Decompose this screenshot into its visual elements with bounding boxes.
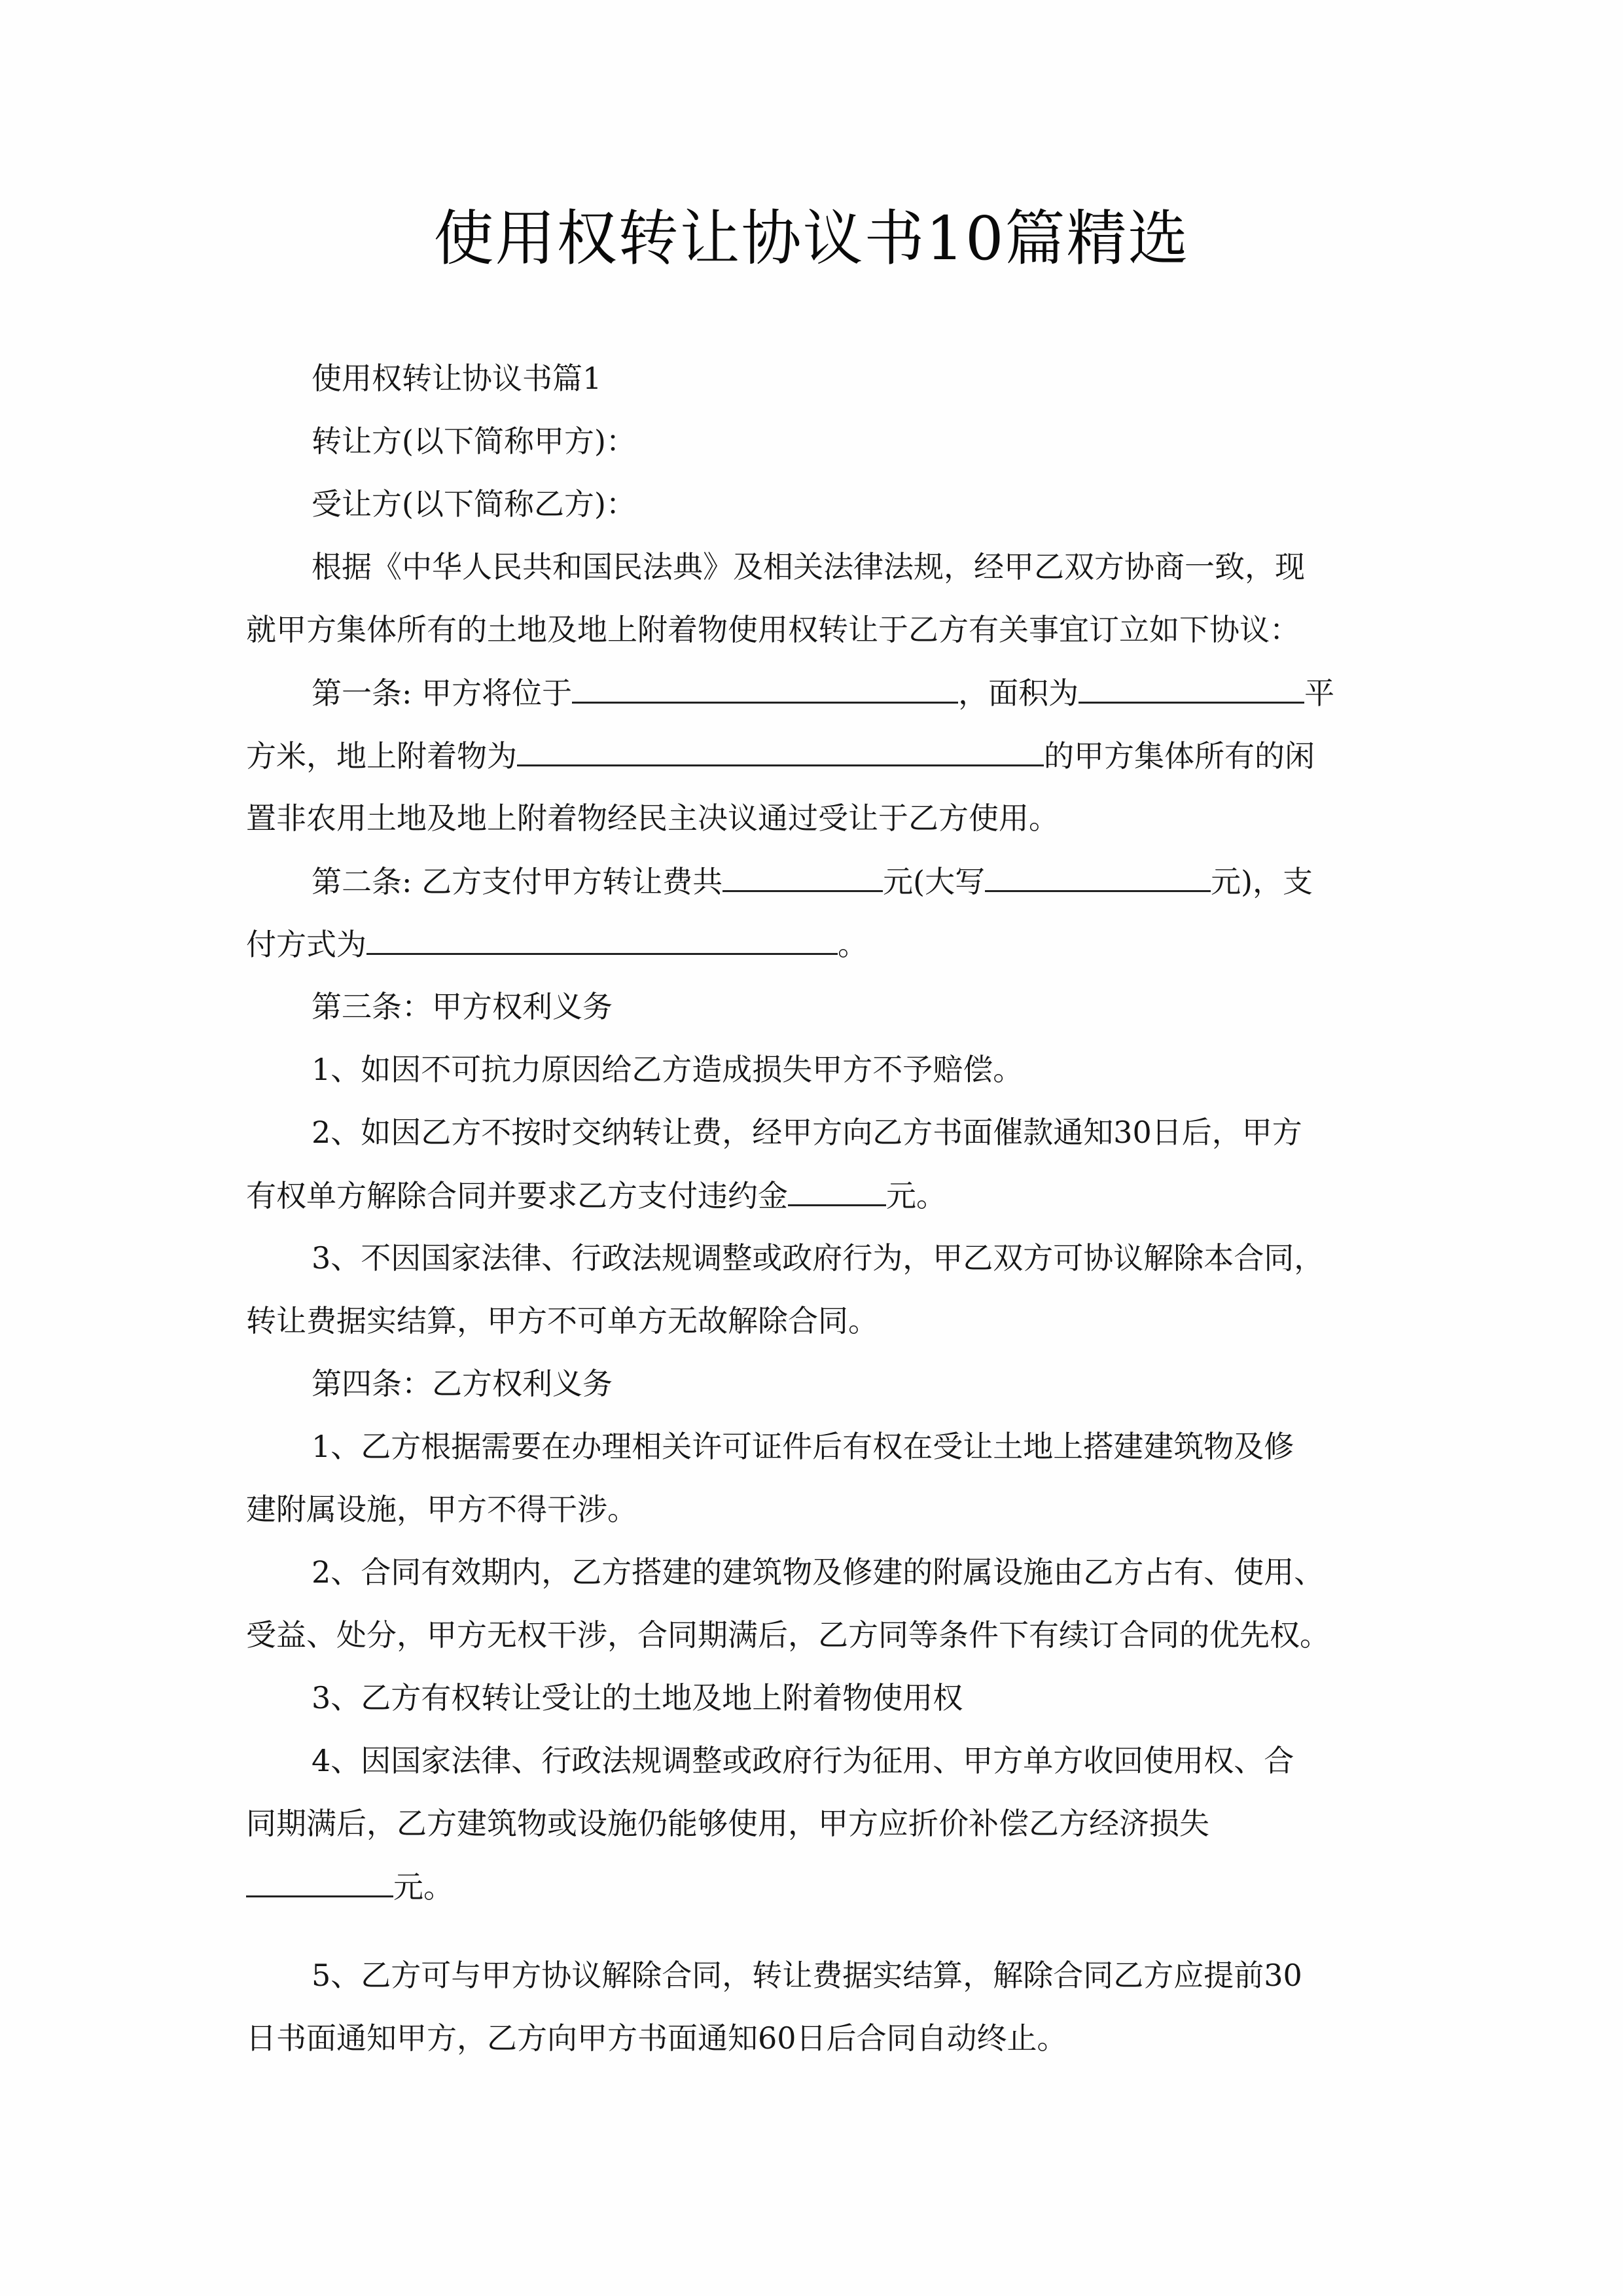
penalty-blank[interactable] bbox=[788, 1175, 886, 1206]
article3-item-2-line-1: 2、如因乙方不按时交纳转让费，经甲方向乙方书面催款通知30日后，甲方 bbox=[312, 1113, 1302, 1152]
article2-line2-suffix: 。 bbox=[838, 927, 868, 962]
article2-suffix: 元)，支 bbox=[1211, 864, 1313, 899]
location-blank[interactable] bbox=[572, 673, 958, 704]
article1-line2-prefix: 方米，地上附着物为 bbox=[246, 738, 517, 774]
article2-line2-prefix: 付方式为 bbox=[246, 927, 366, 962]
preamble-line-2: 就甲方集体所有的土地及地上附着物使用权转让于乙方有关事宜订立如下协议： bbox=[246, 610, 1300, 649]
preamble-line-1: 根据《中华人民共和国民法典》及相关法律法规，经甲乙双方协商一致，现 bbox=[312, 547, 1305, 586]
article2-mid: 元(大写 bbox=[883, 864, 985, 899]
article4-item4-suffix: 元。 bbox=[393, 1869, 454, 1905]
section-heading: 使用权转让协议书篇1 bbox=[312, 359, 601, 398]
article4-item-2-line-2: 受益、处分，甲方无权干涉，合同期满后，乙方同等条件下有续订合同的优先权。 bbox=[246, 1615, 1330, 1655]
article1-line-2: 方米，地上附着物为的甲方集体所有的闲 bbox=[246, 736, 1315, 776]
article1-line2-suffix: 的甲方集体所有的闲 bbox=[1044, 738, 1315, 774]
article3-item-2-line-2: 有权单方解除合同并要求乙方支付违约金元。 bbox=[246, 1175, 946, 1215]
article4-heading: 第四条：乙方权利义务 bbox=[312, 1364, 613, 1403]
article3-item2-suffix: 元。 bbox=[886, 1178, 946, 1213]
article1-line-1: 第一条: 甲方将位于，面积为平 bbox=[312, 673, 1334, 713]
transferor-line: 转让方(以下简称甲方)： bbox=[312, 422, 636, 461]
fee-uppercase-blank[interactable] bbox=[985, 861, 1211, 892]
fee-blank[interactable] bbox=[722, 861, 883, 892]
article1-prefix: 第一条: 甲方将位于 bbox=[312, 675, 572, 711]
article4-item-4-line-1: 4、因国家法律、行政法规调整或政府行为征用、甲方单方收回使用权、合 bbox=[312, 1741, 1294, 1780]
article3-heading: 第三条：甲方权利义务 bbox=[312, 987, 613, 1026]
article4-item-1-line-1: 1、乙方根据需要在办理相关许可证件后有权在受让土地上搭建建筑物及修 bbox=[312, 1427, 1294, 1466]
article3-item-3-line-1: 3、不因国家法律、行政法规调整或政府行为，甲乙双方可协议解除本合同， bbox=[312, 1238, 1324, 1278]
article4-item-4-line-3: 元。 bbox=[246, 1867, 454, 1907]
document-title: 使用权转让协议书10篇精选 bbox=[0, 196, 1623, 281]
article4-item-5-line-1: 5、乙方可与甲方协议解除合同，转让费据实结算，解除合同乙方应提前30 bbox=[312, 1956, 1302, 1995]
article3-item2-prefix: 有权单方解除合同并要求乙方支付违约金 bbox=[246, 1178, 788, 1213]
payment-method-blank[interactable] bbox=[366, 924, 838, 955]
article2-prefix: 第二条: 乙方支付甲方转让费共 bbox=[312, 864, 722, 899]
article3-item-1: 1、如因不可抗力原因给乙方造成损失甲方不予赔偿。 bbox=[312, 1050, 1023, 1089]
article4-item-4-line-2: 同期满后，乙方建筑物或设施仍能够使用，甲方应折价补偿乙方经济损失 bbox=[246, 1804, 1209, 1843]
article1-suffix: 平 bbox=[1304, 675, 1334, 711]
article4-item-5-line-2: 日书面通知甲方，乙方向甲方书面通知60日后合同自动终止。 bbox=[246, 2018, 1067, 2058]
article1-line-3: 置非农用土地及地上附着物经民主决议通过受让于乙方使用。 bbox=[246, 798, 1059, 838]
article3-item-3-line-2: 转让费据实结算，甲方不可单方无故解除合同。 bbox=[246, 1301, 878, 1340]
article1-mid: ，面积为 bbox=[958, 675, 1079, 711]
document-page: 使用权转让协议书10篇精选 使用权转让协议书篇1 转让方(以下简称甲方)： 受让… bbox=[0, 0, 1623, 2296]
transferee-line: 受让方(以下简称乙方)： bbox=[312, 484, 636, 524]
article2-line-1: 第二条: 乙方支付甲方转让费共元(大写元)，支 bbox=[312, 861, 1313, 901]
area-blank[interactable] bbox=[1079, 673, 1304, 704]
compensation-blank[interactable] bbox=[246, 1867, 393, 1897]
article4-item-1-line-2: 建附属设施，甲方不得干涉。 bbox=[246, 1490, 637, 1529]
article2-line-2: 付方式为。 bbox=[246, 924, 868, 964]
attachments-blank[interactable] bbox=[517, 736, 1044, 766]
article4-item-3: 3、乙方有权转让受让的土地及地上附着物使用权 bbox=[312, 1678, 963, 1717]
article4-item-2-line-1: 2、合同有效期内，乙方搭建的建筑物及修建的附属设施由乙方占有、使用、 bbox=[312, 1552, 1324, 1592]
